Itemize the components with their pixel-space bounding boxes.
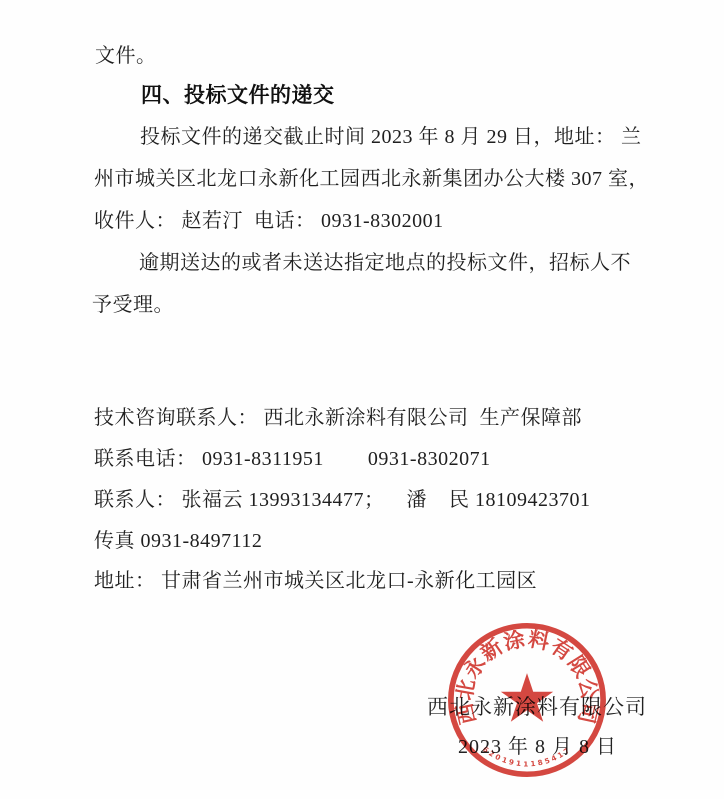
company-seal-stamp: 西北永新涂料有限公司 6201911185417: [446, 621, 608, 779]
doc-line-deadline: 投标文件的递交截止时间 2023 年 8 月 29 日，地址： 兰: [140, 126, 642, 149]
doc-line-recipient: 收件人： 赵若汀 电话： 0931-8302001: [94, 210, 444, 233]
scanned-document-page: 文件。 四、投标文件的递交 投标文件的递交截止时间 2023 年 8 月 29 …: [0, 0, 724, 799]
doc-line-company-address: 地址： 甘肃省兰州市城关区北龙口-永新化工园区: [94, 570, 537, 593]
doc-line-address-cont: 州市城关区北龙口永新化工园西北永新集团办公大楼 307 室，: [94, 168, 649, 191]
seal-star-icon: [501, 673, 553, 722]
section-heading-submission: 四、投标文件的递交: [141, 84, 335, 107]
doc-line-contact-phones: 联系电话： 0931-8311951 0931-8302071: [94, 448, 491, 471]
doc-line-fax: 传真 0931-8497112: [94, 530, 262, 553]
doc-line-contact-names: 联系人： 张福云 13993134477； 潘 民 18109423701: [94, 489, 591, 512]
doc-line-tech-contact: 技术咨询联系人： 西北永新涂料有限公司 生产保障部: [94, 407, 582, 430]
doc-line-late-delivery: 逾期送达的或者未送达指定地点的投标文件，招标人不: [139, 252, 631, 275]
doc-line-not-accepted: 予受理。: [92, 294, 174, 317]
doc-line-wenjian: 文件。: [95, 45, 157, 68]
